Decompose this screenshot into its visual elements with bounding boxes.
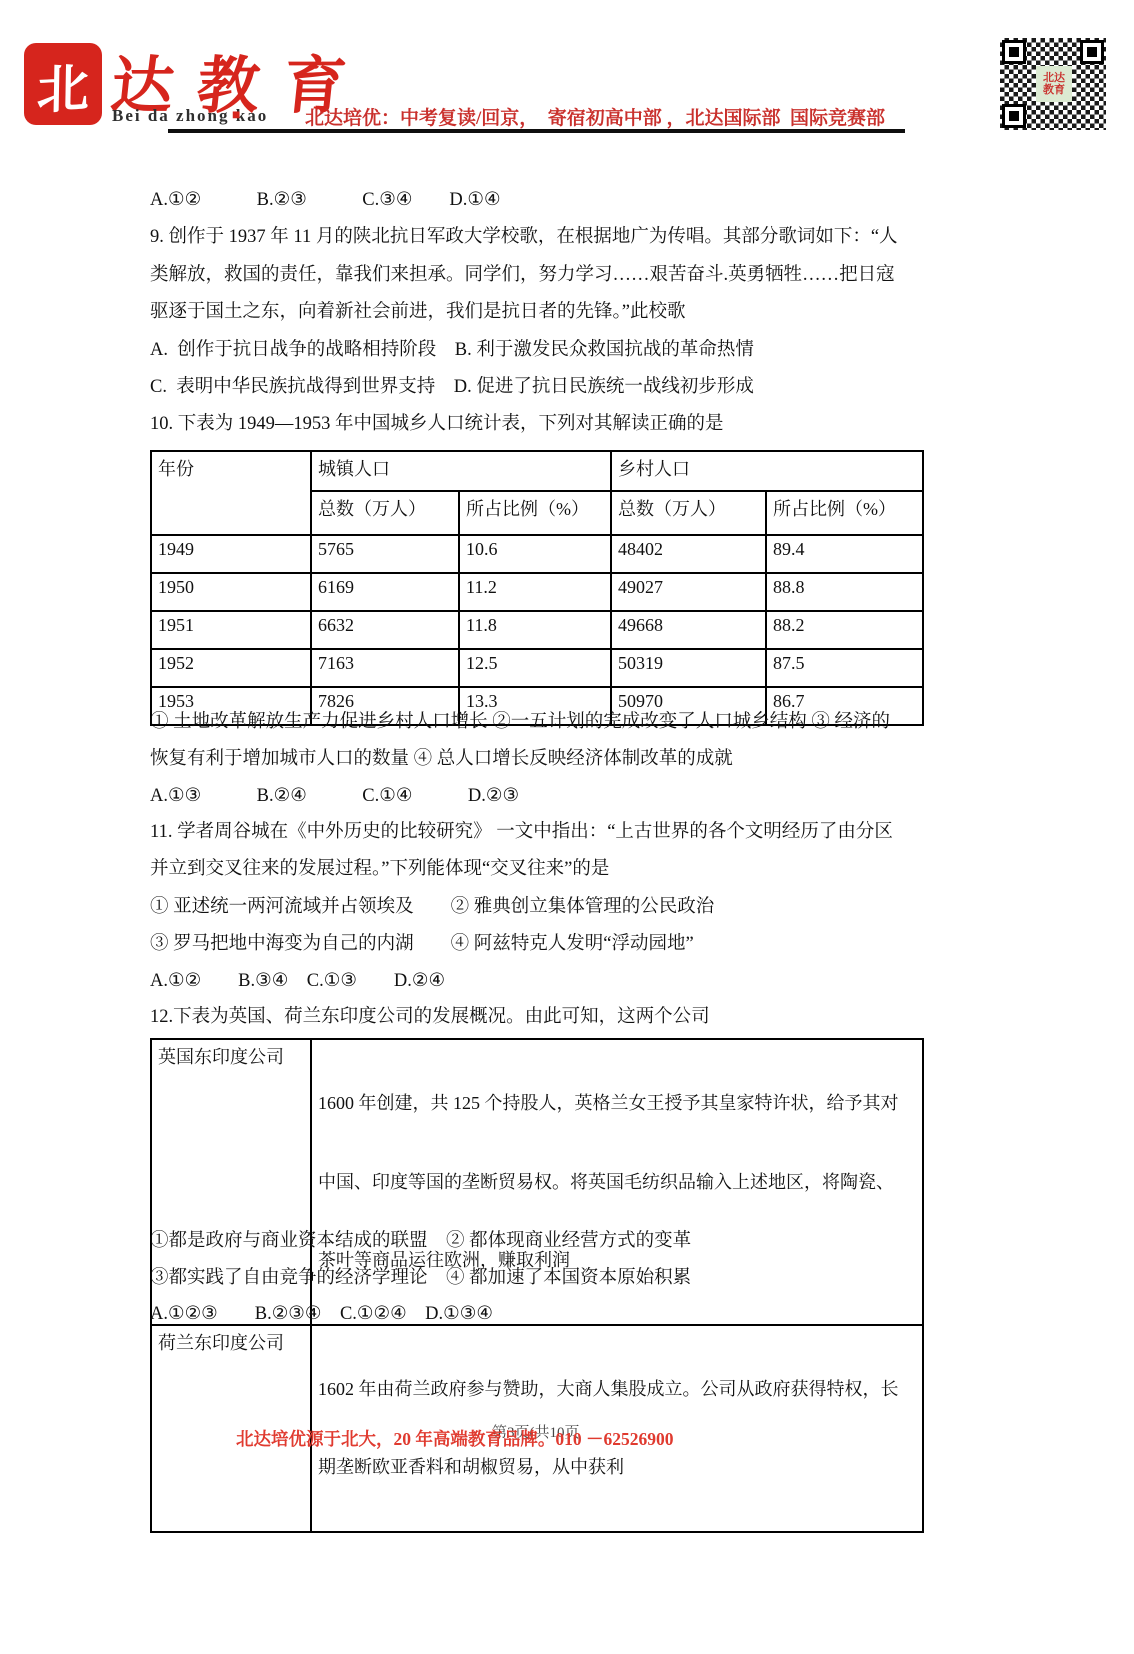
table-cell: 88.8 <box>766 573 923 611</box>
company-desc-line: 1602 年由荷兰政府参与赞助，大商人集股成立。公司从政府获得特权，长 <box>318 1371 916 1408</box>
qr-center-label-bottom: 教育 <box>1043 84 1065 96</box>
company-desc-line: 中国、印度等国的垄断贸易权。将英国毛纺织品输入上述地区，将陶瓷、 <box>318 1164 916 1201</box>
population-table-subheader: 所占比例（%） <box>459 491 611 535</box>
brand-seal-char: 北 <box>36 45 89 123</box>
table-cell: 6169 <box>311 573 459 611</box>
population-table-subheader: 总数（万人） <box>311 491 459 535</box>
q11-options: A.①② B.③④ C.①③ D.②④ <box>150 970 445 993</box>
population-table-year-header: 年份 <box>151 451 311 535</box>
q9-stem-line-2: 类解放，救国的责任，靠我们来担承。同学们，努力学习……艰苦奋斗.英勇牺牲……把日… <box>150 264 895 287</box>
qr-code: 北达 教育 <box>1000 38 1106 130</box>
table-cell: 11.2 <box>459 573 611 611</box>
table-row: 1952 7163 12.5 50319 87.5 <box>151 649 923 687</box>
table-cell: 7163 <box>311 649 459 687</box>
q11-items-12: ① 亚述统一两河流域并占领埃及 ② 雅典创立集体管理的公民政治 <box>150 896 714 919</box>
table-cell: 11.8 <box>459 611 611 649</box>
brand-marker-square: ■ <box>232 108 240 124</box>
q11-items-34: ③ 罗马把地中海变为自己的内湖 ④ 阿兹特克人发明“浮动园地” <box>150 933 694 956</box>
table-cell: 49027 <box>611 573 766 611</box>
table-row: 1950 6169 11.2 49027 88.8 <box>151 573 923 611</box>
q12-options: A.①②③ B.②③④ C.①②④ D.①③④ <box>150 1303 493 1326</box>
table-cell: 89.4 <box>766 535 923 573</box>
population-table-subheader: 所占比例（%） <box>766 491 923 535</box>
company-desc-line: 期垄断欧亚香料和胡椒贸易，从中获利 <box>318 1449 916 1486</box>
table-row: 1951 6632 11.8 49668 88.2 <box>151 611 923 649</box>
q10-stem: 10. 下表为 1949—1953 年中国城乡人口统计表，下列对其解读正确的是 <box>150 413 724 436</box>
population-table-rural-header: 乡村人口 <box>611 451 923 491</box>
qr-center-label: 北达 教育 <box>1036 66 1072 102</box>
q9-stem-line-3: 驱逐于国土之东，向着新社会前进，我们是抗日者的先锋。”此校歌 <box>150 301 685 324</box>
q9-stem-line-1: 9. 创作于 1937 年 11 月的陕北抗日军政大学校歌，在根据地广为传唱。其… <box>150 226 898 249</box>
table-cell: 5765 <box>311 535 459 573</box>
q9-options-cd: C. 表明中华民族抗战得到世界支持 D. 促进了抗日民族统一战线初步形成 <box>150 376 754 399</box>
company-desc-line: 1600 年创建，共 125 个持股人，英格兰女王授予其皇家特许状，给予其对 <box>318 1085 916 1122</box>
table-cell: 50319 <box>611 649 766 687</box>
header-tagline: 北达培优：中考复读/回京， 寄宿初高中部 ，北达国际部 国际竞赛部 <box>305 103 885 130</box>
table-cell: 1951 <box>151 611 311 649</box>
brand-seal-logo: 北 <box>26 45 100 123</box>
q11-stem-line-2: 并立到交叉往来的发展过程。”下列能体现“交叉往来”的是 <box>150 858 609 881</box>
table-cell: 10.6 <box>459 535 611 573</box>
table-cell: 12.5 <box>459 649 611 687</box>
q10-items-line-1: ① 土地改革解放生产力促进乡村人口增长 ②一五计划的完成改变了人口城乡结构 ③ … <box>150 711 890 734</box>
table-cell: 49668 <box>611 611 766 649</box>
population-table: 年份 城镇人口 乡村人口 总数（万人） 所占比例（%） 总数（万人） 所占比例（… <box>150 450 924 726</box>
q11-stem-line-1: 11. 学者周谷城在《中外历史的比较研究》 一文中指出：“上古世界的各个文明经历… <box>150 821 893 844</box>
table-cell: 6632 <box>311 611 459 649</box>
q12-stem: 12.下表为英国、荷兰东印度公司的发展概况。由此可知，这两个公司 <box>150 1006 710 1029</box>
qr-finder-icon <box>1080 40 1104 64</box>
qr-finder-icon <box>1002 40 1026 64</box>
table-cell: 1949 <box>151 535 311 573</box>
q10-items-line-2: 恢复有利于增加城市人口的数量 ④ 总人口增长反映经济体制改革的成就 <box>150 748 733 771</box>
qr-center-label-top: 北达 <box>1043 72 1065 84</box>
footer-slogan: 北达培优源于北大，20 年高端教育品牌。010 －62526900 <box>236 1426 674 1451</box>
brand-subtitle: Bei da zhong kao <box>112 106 268 126</box>
header-divider-rule <box>168 129 905 133</box>
table-cell: 1950 <box>151 573 311 611</box>
table-row: 1949 5765 10.6 48402 89.4 <box>151 535 923 573</box>
q12-items-34: ③都实践了自由竞争的经济学理论 ④ 都加速了本国资本原始积累 <box>150 1267 691 1290</box>
q12-items-12: ①都是政府与商业资本结成的联盟 ② 都体现商业经营方式的变革 <box>150 1230 691 1253</box>
table-cell: 88.2 <box>766 611 923 649</box>
q9-options-ab: A. 创作于抗日战争的战略相持阶段 B. 利于激发民众救国抗战的革命热情 <box>150 339 754 362</box>
q10-options: A.①③ B.②④ C.①④ D.②③ <box>150 785 519 808</box>
table-cell: 48402 <box>611 535 766 573</box>
qr-finder-icon <box>1002 104 1026 128</box>
exam-page: 北 达教育 Bei da zhong kao ■ 北达培优：中考复读/回京， 寄… <box>0 0 1134 1654</box>
q8-options-line: A.①② B.②③ C.③④ D.①④ <box>150 189 501 212</box>
population-table-urban-header: 城镇人口 <box>311 451 611 491</box>
population-table-subheader: 总数（万人） <box>611 491 766 535</box>
table-cell: 1952 <box>151 649 311 687</box>
table-cell: 87.5 <box>766 649 923 687</box>
